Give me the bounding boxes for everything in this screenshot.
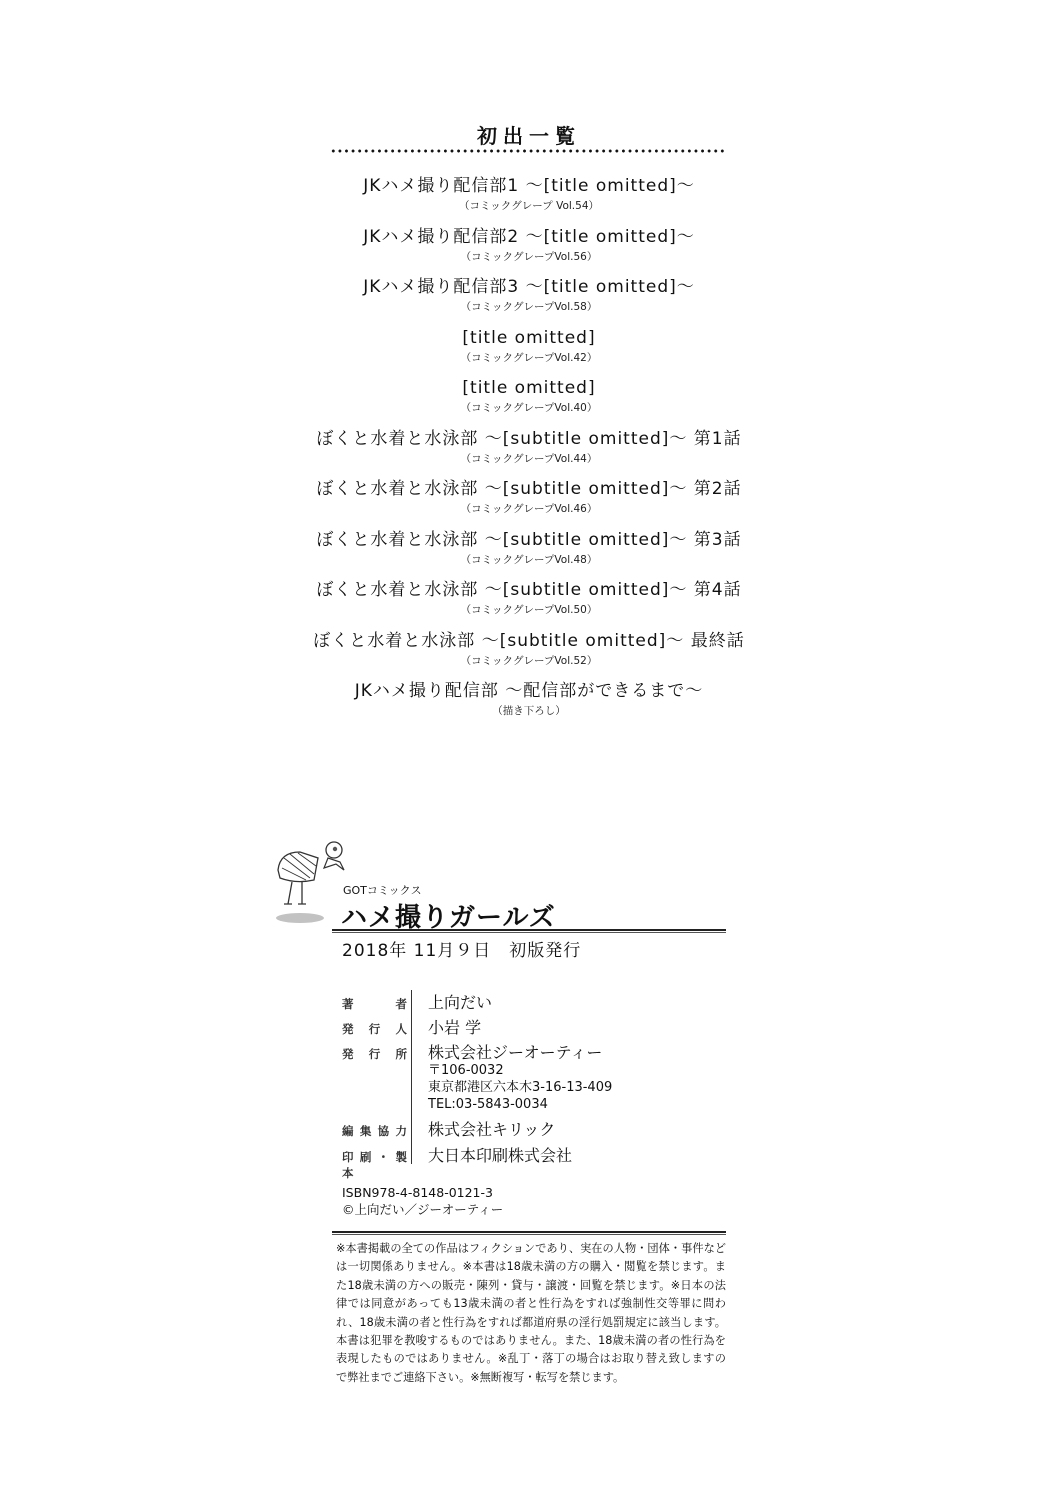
credit-key: 印刷・製本 (342, 1149, 418, 1181)
divider (332, 1231, 726, 1235)
credit-key: 著者 (342, 996, 418, 1012)
credit-value: 小岩 学 (418, 1015, 481, 1038)
credits: 著者上向だい 発行人小岩 学 発行所株式会社ジーオーティー 〒106-0032 … (342, 990, 612, 1169)
credit-value: 株式会社ジーオーティー (418, 1040, 602, 1063)
divider (332, 929, 726, 933)
toc-item-source: （コミックグレープVol.42） (0, 350, 1058, 366)
toc-item: ぼくと水着と水泳部 〜[subtitle omitted]〜 第1話（コミックグ… (0, 427, 1058, 478)
legal-notice: ※本書掲載の全ての作品はフィクションであり、実在の人物・団体・事件などは一切関係… (336, 1240, 726, 1387)
dotted-divider (330, 148, 725, 154)
toc-item-source: （コミックグレープVol.44） (0, 451, 1058, 467)
toc-item-source: （コミックグレープVol.52） (0, 653, 1058, 669)
toc-item: ぼくと水着と水泳部 〜[subtitle omitted]〜 第3話（コミックグ… (0, 528, 1058, 579)
toc-item-title: ぼくと水着と水泳部 〜[subtitle omitted]〜 第2話 (0, 477, 1058, 501)
credit-key: 編集協力 (342, 1123, 418, 1139)
toc-item-source: （コミックグレープVol.48） (0, 552, 1058, 568)
toc-item-title: ぼくと水着と水泳部 〜[subtitle omitted]〜 第3話 (0, 528, 1058, 552)
credit-key: 発行所 (342, 1046, 418, 1062)
toc-item-source: （コミックグレープVol.58） (0, 299, 1058, 315)
publisher-bird-logo-icon (270, 838, 350, 928)
credit-key: 発行人 (342, 1021, 418, 1037)
toc-item: ぼくと水着と水泳部 〜[subtitle omitted]〜 第2話（コミックグ… (0, 477, 1058, 528)
toc-item-title: JKハメ撮り配信部3 〜[title omitted]〜 (0, 275, 1058, 299)
toc-item: JKハメ撮り配信部2 〜[title omitted]〜（コミックグレープVol… (0, 225, 1058, 276)
toc-item-title: ぼくと水着と水泳部 〜[subtitle omitted]〜 第4話 (0, 578, 1058, 602)
toc-list: JKハメ撮り配信部1 〜[title omitted]〜（コミックグレープ Vo… (0, 174, 1058, 730)
toc-item-title: ぼくと水着と水泳部 〜[subtitle omitted]〜 最終話 (0, 629, 1058, 653)
toc-item: ぼくと水着と水泳部 〜[subtitle omitted]〜 最終話（コミックグ… (0, 629, 1058, 680)
toc-item-source: （コミックグレープVol.56） (0, 249, 1058, 265)
toc-item-source: （コミックグレープVol.46） (0, 501, 1058, 517)
toc-item-title: [title omitted] (0, 326, 1058, 350)
toc-item-title: JKハメ撮り配信部 〜配信部ができるまで〜 (0, 679, 1058, 703)
toc-item-source: （コミックグレープVol.40） (0, 400, 1058, 416)
copyright: ©上向だい／ジーオーティー (342, 1201, 503, 1218)
postal-code: 〒106-0032 (410, 1062, 612, 1079)
credit-value: 株式会社キリック (418, 1117, 555, 1140)
telephone: TEL:03-5843-0034 (410, 1096, 612, 1113)
credit-value: 上向だい (418, 990, 492, 1013)
toc-item-title: JKハメ撮り配信部1 〜[title omitted]〜 (0, 174, 1058, 198)
toc-item: [title omitted]（コミックグレープVol.42） (0, 326, 1058, 377)
toc-item: [title omitted]（コミックグレープVol.40） (0, 376, 1058, 427)
toc-item-title: JKハメ撮り配信部2 〜[title omitted]〜 (0, 225, 1058, 249)
isbn: ISBN978-4-8148-0121-3 (342, 1184, 503, 1201)
toc-item: ぼくと水着と水泳部 〜[subtitle omitted]〜 第4話（コミックグ… (0, 578, 1058, 629)
credit-value: 大日本印刷株式会社 (418, 1143, 572, 1166)
toc-item: JKハメ撮り配信部1 〜[title omitted]〜（コミックグレープ Vo… (0, 174, 1058, 225)
publication-date: 2018年 11月９日 初版発行 (342, 936, 581, 961)
toc-item-title: [title omitted] (0, 376, 1058, 400)
toc-item-title: ぼくと水着と水泳部 〜[subtitle omitted]〜 第1話 (0, 427, 1058, 451)
isbn-block: ISBN978-4-8148-0121-3 ©上向だい／ジーオーティー (342, 1184, 503, 1218)
toc-item: JKハメ撮り配信部3 〜[title omitted]〜（コミックグレープVol… (0, 275, 1058, 326)
toc-item-source: （コミックグレープ Vol.54） (0, 198, 1058, 214)
street-address: 東京都港区六本木3-16-13-409 (410, 1079, 612, 1096)
imprint-label: GOTコミックス (343, 882, 422, 898)
toc-item-source: （コミックグレープVol.50） (0, 602, 1058, 618)
toc-item-source: （描き下ろし） (0, 703, 1058, 719)
toc-item: JKハメ撮り配信部 〜配信部ができるまで〜（描き下ろし） (0, 679, 1058, 730)
toc-heading: 初出一覧 (0, 120, 1058, 149)
